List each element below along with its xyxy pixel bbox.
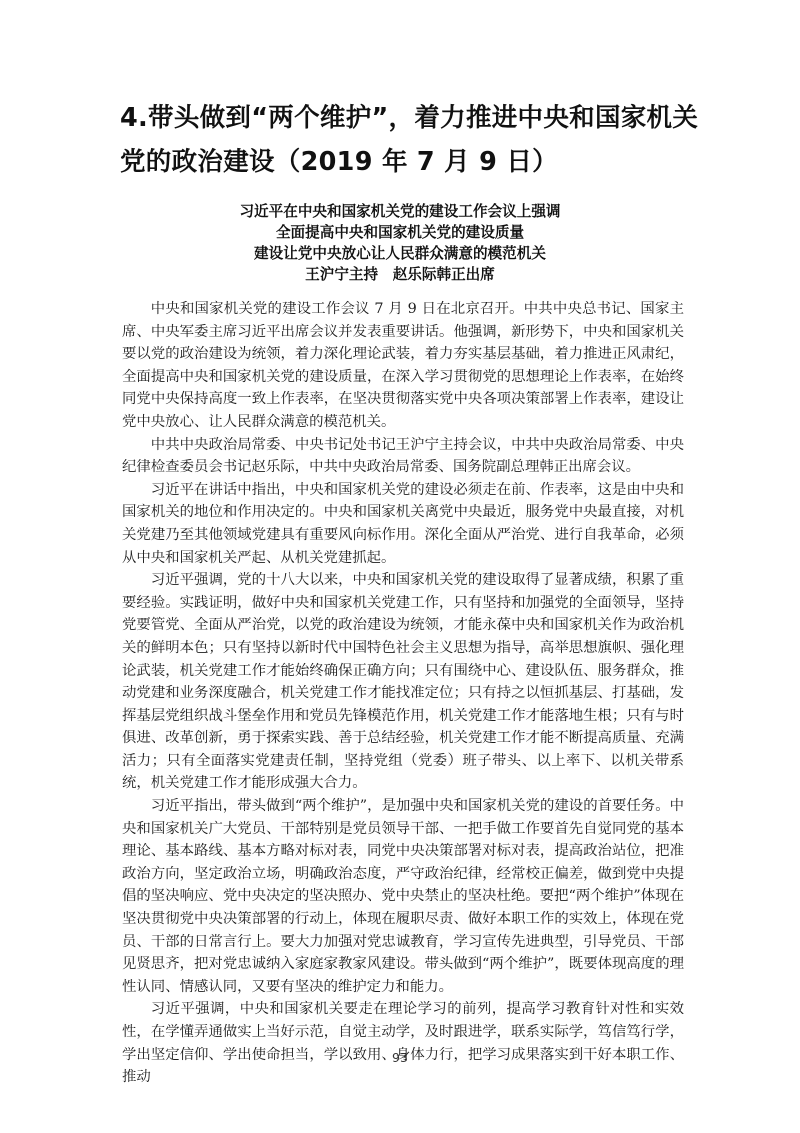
article-body: 中央和国家机关党的建设工作会议 7 月 9 日在北京召开。中共中央总书记、国家主…	[122, 298, 684, 1089]
paragraph: 习近平强调，党的十八大以来，中央和国家机关党的建设取得了显著成绩，积累了重要经验…	[122, 569, 684, 795]
paragraph: 中央和国家机关党的建设工作会议 7 月 9 日在北京召开。中共中央总书记、国家主…	[122, 298, 684, 434]
headline-line-2: 全面提高中央和国家机关党的建设质量	[120, 222, 680, 243]
article-headline: 习近平在中央和国家机关党的建设工作会议上强调 全面提高中央和国家机关党的建设质量…	[120, 201, 680, 285]
page-number: 93	[380, 1050, 420, 1065]
document-page: 4.带头做到“两个维护”，着力推进中央和国家机关 党的政治建设（2019 年 7…	[0, 0, 800, 1133]
headline-line-4: 王沪宁主持 赵乐际韩正出席	[120, 264, 680, 285]
section-title: 4.带头做到“两个维护”，着力推进中央和国家机关 党的政治建设（2019 年 7…	[120, 96, 690, 184]
headline-line-1: 习近平在中央和国家机关党的建设工作会议上强调	[120, 201, 680, 222]
paragraph: 习近平在讲话中指出，中央和国家机关党的建设必须走在前、作表率，这是由中央和国家机…	[122, 479, 684, 569]
paragraph: 习近平强调，中央和国家机关要走在理论学习的前列，提高学习教育针对性和实效性，在学…	[122, 998, 684, 1088]
paragraph: 中共中央政治局常委、中央书记处书记王沪宁主持会议，中共中央政治局常委、中央纪律检…	[122, 434, 684, 479]
section-title-line-1: 4.带头做到“两个维护”，着力推进中央和国家机关	[120, 96, 690, 140]
paragraph: 习近平指出，带头做到“两个维护”，是加强中央和国家机关党的建设的首要任务。中央和…	[122, 795, 684, 998]
headline-line-3: 建设让党中央放心让人民群众满意的模范机关	[120, 243, 680, 264]
section-title-line-2: 党的政治建设（2019 年 7 月 9 日）	[120, 140, 690, 184]
